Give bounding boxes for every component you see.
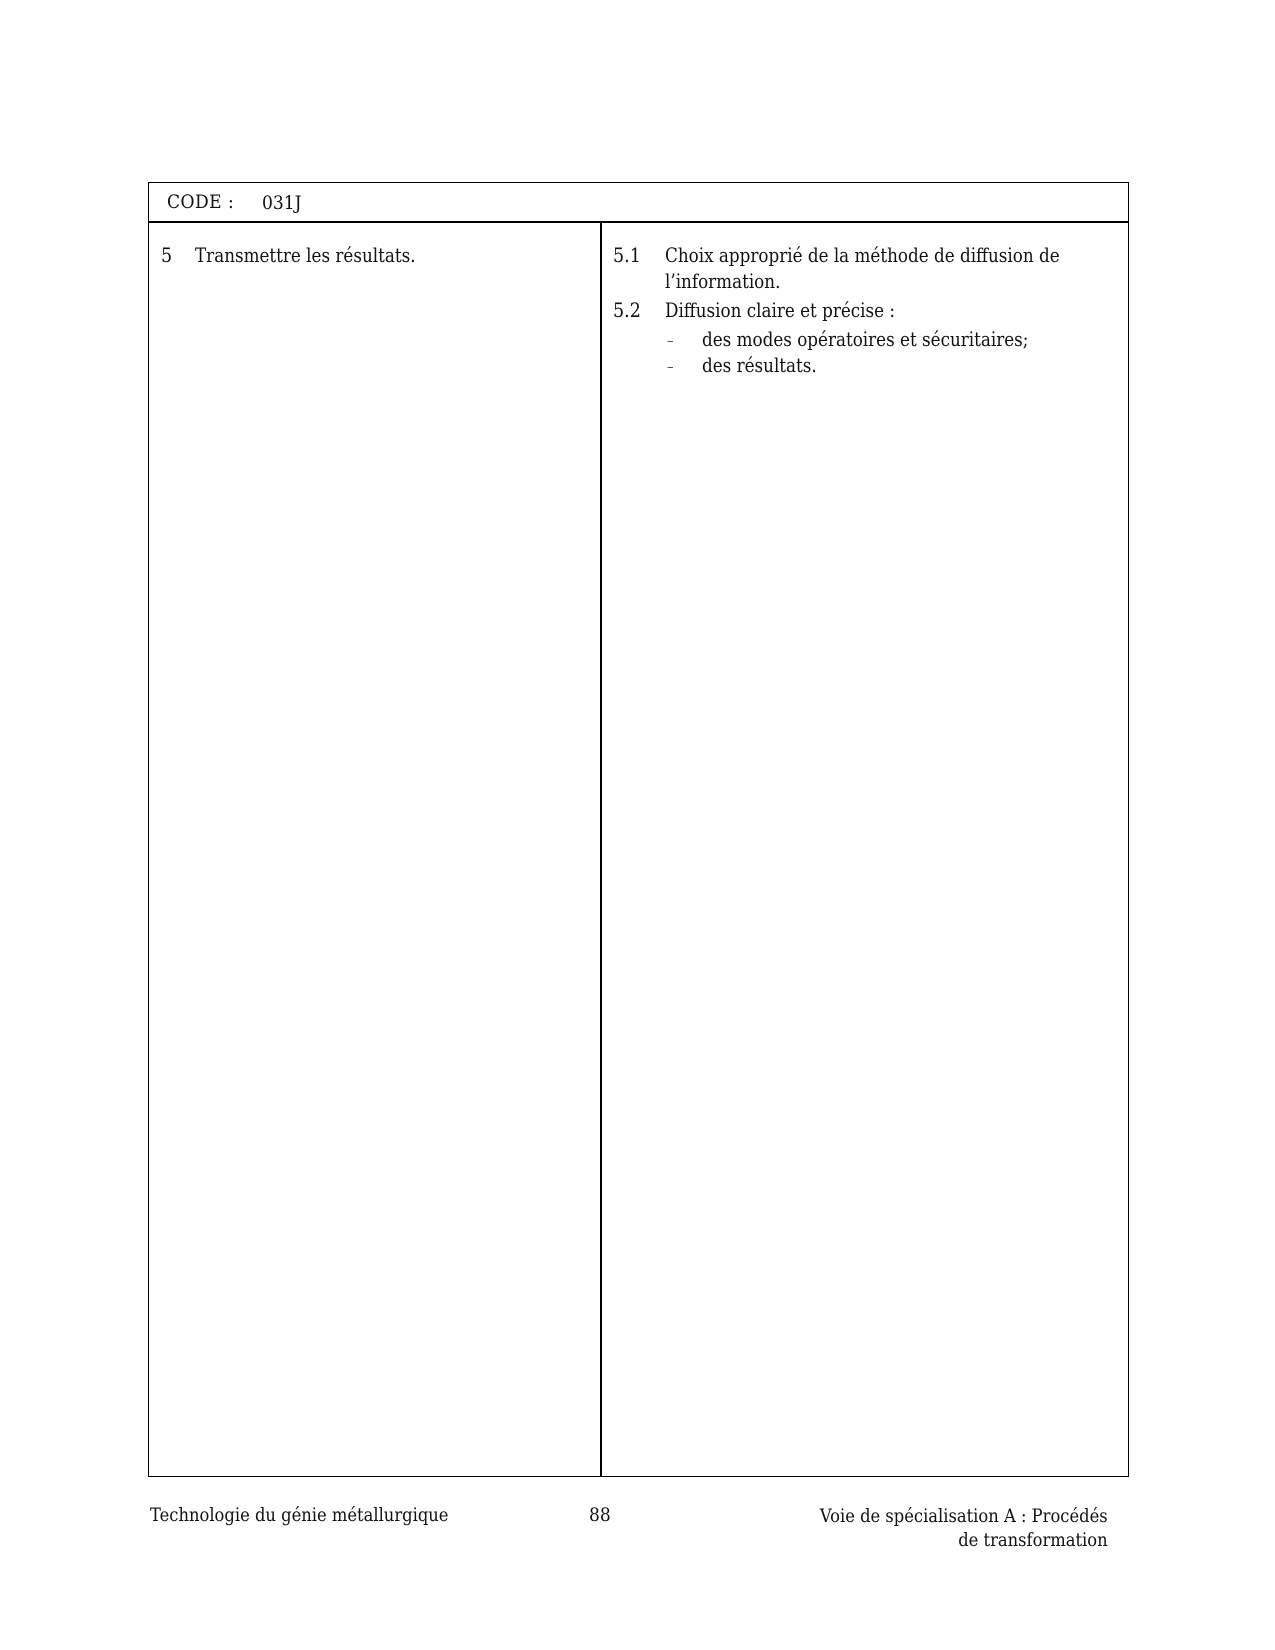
bullet-item: – des résultats. — [665, 353, 1113, 379]
criterion-text-line: l’information. — [665, 269, 1050, 295]
element-item: 5 Transmettre les résultats. — [161, 243, 591, 269]
criterion-item: 5.1 Choix approprié de la méthode de dif… — [613, 243, 1113, 295]
bullet-text: des résultats. — [702, 353, 1055, 379]
criterion-bullet-list: – des modes opératoires et sécuritaires;… — [665, 327, 1113, 379]
criterion-text-line: Choix approprié de la méthode de diffusi… — [665, 243, 1050, 269]
criteria-table: CODE : 031J 5 Transmettre les résultats.… — [148, 182, 1129, 1477]
footer-program-title: Technologie du génie métallurgique — [150, 1504, 448, 1526]
criterion-text: Diffusion claire et précise : — [665, 298, 1050, 324]
criterion-number: 5.1 — [613, 243, 641, 269]
criterion-item: 5.2 Diffusion claire et précise : — [613, 298, 1113, 324]
criteria-column: 5.1 Choix approprié de la méthode de dif… — [613, 243, 1113, 379]
footer-specialization-line: de transformation — [820, 1528, 1108, 1552]
element-number: 5 — [161, 243, 172, 269]
footer-specialization: Voie de spécialisation A : Procédés de t… — [773, 1504, 1108, 1552]
dash-icon: – — [667, 355, 674, 381]
criterion-number: 5.2 — [613, 298, 641, 324]
elements-column: 5 Transmettre les résultats. — [161, 243, 591, 269]
dash-icon: – — [667, 329, 674, 355]
code-label: CODE : — [167, 191, 234, 213]
footer-specialization-line: Voie de spécialisation A : Procédés — [820, 1504, 1108, 1528]
element-text: Transmettre les résultats. — [195, 243, 536, 269]
code-value: 031J — [262, 192, 302, 214]
column-divider — [600, 223, 602, 1476]
bullet-item: – des modes opératoires et sécuritaires; — [665, 327, 1113, 353]
page-number: 88 — [589, 1504, 611, 1526]
bullet-text: des modes opératoires et sécuritaires; — [702, 327, 1055, 353]
code-header-row: CODE : 031J — [149, 183, 1128, 223]
